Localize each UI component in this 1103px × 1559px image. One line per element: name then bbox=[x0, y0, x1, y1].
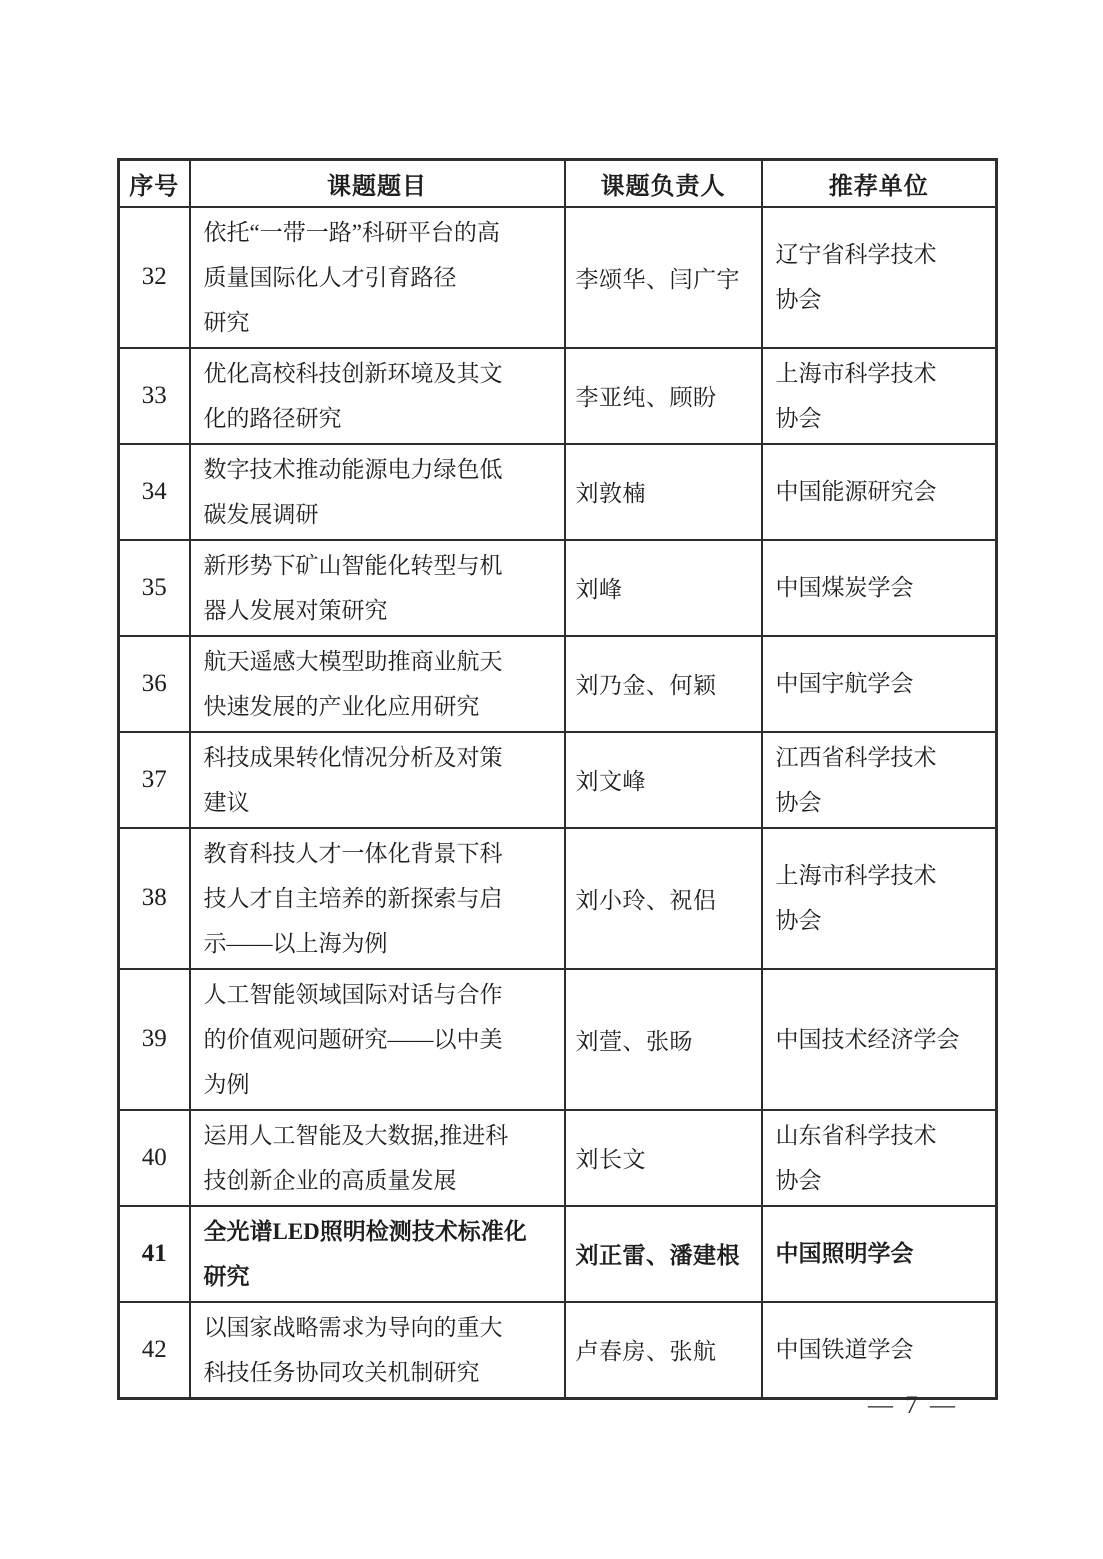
row-title-cell: 航天遥感大模型助推商业航天 快速发展的产业化应用研究 bbox=[190, 636, 565, 732]
row-leader-cell: 刘长文 bbox=[565, 1110, 762, 1206]
table-body: 32 依托“一带一路”科研平台的高 质量国际化人才引育路径 研究 李颂华、闫广宇… bbox=[119, 207, 997, 1399]
row-unit-cell: 辽宁省科学技术 协会 bbox=[762, 207, 997, 348]
row-title-cell: 以国家战略需求为导向的重大 科技任务协同攻关机制研究 bbox=[190, 1302, 565, 1399]
row-title-cell: 依托“一带一路”科研平台的高 质量国际化人才引育路径 研究 bbox=[190, 207, 565, 348]
row-leader-cell: 刘正雷、潘建根 bbox=[565, 1206, 762, 1302]
row-title-cell: 科技成果转化情况分析及对策 建议 bbox=[190, 732, 565, 828]
row-unit-cell: 中国宇航学会 bbox=[762, 636, 997, 732]
table-row: 37 科技成果转化情况分析及对策 建议 刘文峰 江西省科学技术 协会 bbox=[119, 732, 997, 828]
row-unit-cell: 中国技术经济学会 bbox=[762, 969, 997, 1110]
row-unit-cell: 上海市科学技术 协会 bbox=[762, 348, 997, 444]
row-title-cell: 运用人工智能及大数据,推进科 技创新企业的高质量发展 bbox=[190, 1110, 565, 1206]
row-no-cell: 33 bbox=[119, 348, 190, 444]
row-leader-cell: 刘小玲、祝侣 bbox=[565, 828, 762, 969]
table-row: 40 运用人工智能及大数据,推进科 技创新企业的高质量发展 刘长文 山东省科学技… bbox=[119, 1110, 997, 1206]
table-row: 41 全光谱LED照明检测技术标准化 研究 刘正雷、潘建根 中国照明学会 bbox=[119, 1206, 997, 1302]
row-leader-cell: 刘峰 bbox=[565, 540, 762, 636]
row-no-cell: 32 bbox=[119, 207, 190, 348]
row-unit-cell: 中国照明学会 bbox=[762, 1206, 997, 1302]
row-no-cell: 40 bbox=[119, 1110, 190, 1206]
table-row: 36 航天遥感大模型助推商业航天 快速发展的产业化应用研究 刘乃金、何颖 中国宇… bbox=[119, 636, 997, 732]
row-title-cell: 数字技术推动能源电力绿色低 碳发展调研 bbox=[190, 444, 565, 540]
table-row: 32 依托“一带一路”科研平台的高 质量国际化人才引育路径 研究 李颂华、闫广宇… bbox=[119, 207, 997, 348]
row-leader-cell: 刘文峰 bbox=[565, 732, 762, 828]
row-no-cell: 36 bbox=[119, 636, 190, 732]
row-title-cell: 全光谱LED照明检测技术标准化 研究 bbox=[190, 1206, 565, 1302]
table-header-row: 序号 课题题目 课题负责人 推荐单位 bbox=[119, 160, 997, 207]
row-no-cell: 35 bbox=[119, 540, 190, 636]
row-title-cell: 新形势下矿山智能化转型与机 器人发展对策研究 bbox=[190, 540, 565, 636]
row-unit-cell: 江西省科学技术 协会 bbox=[762, 732, 997, 828]
row-no-cell: 38 bbox=[119, 828, 190, 969]
row-title-cell: 教育科技人才一体化背景下科 技人才自主培养的新探索与启 示——以上海为例 bbox=[190, 828, 565, 969]
header-leader: 课题负责人 bbox=[565, 160, 762, 207]
row-unit-cell: 中国能源研究会 bbox=[762, 444, 997, 540]
table-row: 39 人工智能领域国际对话与合作 的价值观问题研究——以中美 为例 刘萱、张旸 … bbox=[119, 969, 997, 1110]
row-leader-cell: 刘乃金、何颖 bbox=[565, 636, 762, 732]
row-unit-cell: 中国煤炭学会 bbox=[762, 540, 997, 636]
topics-table: 序号 课题题目 课题负责人 推荐单位 32 依托“一带一路”科研平台的高 质量国… bbox=[117, 158, 998, 1400]
row-leader-cell: 李颂华、闫广宇 bbox=[565, 207, 762, 348]
table-row: 34 数字技术推动能源电力绿色低 碳发展调研 刘敦楠 中国能源研究会 bbox=[119, 444, 997, 540]
row-leader-cell: 刘萱、张旸 bbox=[565, 969, 762, 1110]
row-unit-cell: 中国铁道学会 bbox=[762, 1302, 997, 1399]
table-row: 42 以国家战略需求为导向的重大 科技任务协同攻关机制研究 卢春房、张航 中国铁… bbox=[119, 1302, 997, 1399]
row-title-cell: 人工智能领域国际对话与合作 的价值观问题研究——以中美 为例 bbox=[190, 969, 565, 1110]
row-unit-cell: 上海市科学技术 协会 bbox=[762, 828, 997, 969]
row-unit-cell: 山东省科学技术 协会 bbox=[762, 1110, 997, 1206]
row-no-cell: 37 bbox=[119, 732, 190, 828]
header-title: 课题题目 bbox=[190, 160, 565, 207]
row-no-cell: 41 bbox=[119, 1206, 190, 1302]
header-unit: 推荐单位 bbox=[762, 160, 997, 207]
row-no-cell: 34 bbox=[119, 444, 190, 540]
table-row: 33 优化高校科技创新环境及其文 化的路径研究 李亚纯、顾盼 上海市科学技术 协… bbox=[119, 348, 997, 444]
page-number: — 7 — bbox=[868, 1392, 958, 1420]
table-row: 35 新形势下矿山智能化转型与机 器人发展对策研究 刘峰 中国煤炭学会 bbox=[119, 540, 997, 636]
row-leader-cell: 卢春房、张航 bbox=[565, 1302, 762, 1399]
row-no-cell: 42 bbox=[119, 1302, 190, 1399]
header-no: 序号 bbox=[119, 160, 190, 207]
row-no-cell: 39 bbox=[119, 969, 190, 1110]
table-row: 38 教育科技人才一体化背景下科 技人才自主培养的新探索与启 示——以上海为例 … bbox=[119, 828, 997, 969]
row-leader-cell: 李亚纯、顾盼 bbox=[565, 348, 762, 444]
row-title-cell: 优化高校科技创新环境及其文 化的路径研究 bbox=[190, 348, 565, 444]
row-leader-cell: 刘敦楠 bbox=[565, 444, 762, 540]
